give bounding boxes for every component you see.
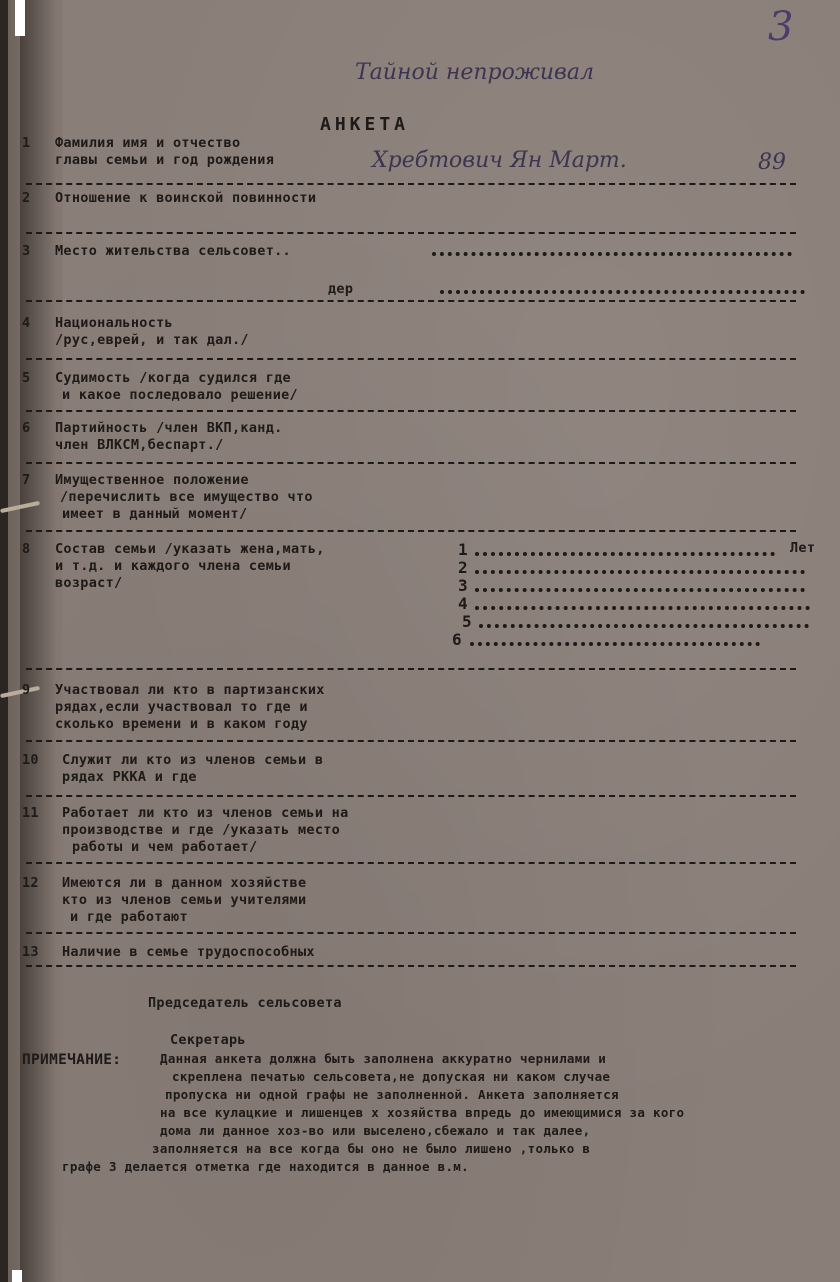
fill-dots — [475, 588, 805, 592]
family-row-1: 1 — [458, 540, 468, 559]
item-8-label-line3: возраст/ — [55, 575, 122, 592]
family-row-2: 2 — [458, 558, 468, 577]
item-9-number: 9 — [22, 682, 30, 699]
fill-dots — [475, 606, 810, 610]
note-line-1: Данная анкета должна быть заполнена акку… — [160, 1050, 606, 1067]
item-7-label-line2: /перечислить все имущество что — [60, 489, 313, 506]
scan-corner — [15, 0, 25, 36]
item-8-label-line1: Состав семьи /указать жена,мать, — [55, 541, 325, 558]
item-3-label: Место жительства сельсовет.. — [55, 243, 291, 260]
page-number: 3 — [768, 4, 793, 50]
item-13-number: 13 — [22, 944, 39, 961]
item-2-number: 2 — [22, 190, 30, 207]
item-9-label-line2: рядах,если участвовал то где и — [55, 699, 308, 716]
divider — [26, 410, 796, 412]
fill-dots — [440, 290, 805, 294]
note-line-5: дома ли данное хоз-во или выселено,сбежа… — [160, 1122, 590, 1139]
item-3-village-label: дер — [328, 281, 353, 298]
item-7-label-line1: Имущественное положение — [55, 472, 249, 489]
note-line-4: на все кулацкие и лишенцев х хозяйства в… — [160, 1104, 684, 1121]
item-12-label-line2: кто из членов семьи учителями — [62, 892, 306, 909]
item-12-label-line1: Имеются ли в данном хозяйстве — [62, 875, 306, 892]
item-4-number: 4 — [22, 315, 30, 332]
item-5-number: 5 — [22, 370, 30, 387]
item-1-label-line2: главы семьи и год рождения — [55, 152, 274, 169]
item-8-number: 8 — [22, 541, 30, 558]
divider — [26, 932, 796, 934]
item-2-label: Отношение к воинской повинности — [55, 190, 316, 207]
item-10-label-line1: Служит ли кто из членов семьи в — [62, 752, 323, 769]
document-title: АНКЕТА — [320, 116, 409, 133]
divider — [26, 965, 796, 967]
fill-dots — [475, 570, 805, 574]
item-12-number: 12 — [22, 875, 39, 892]
item-1-answer: Хребтович Ян Март. — [372, 148, 627, 173]
family-row-6: 6 — [452, 630, 462, 649]
fill-dots — [479, 624, 809, 628]
fill-dots — [475, 552, 775, 556]
item-7-label-line3: имеет в данный момент/ — [62, 506, 247, 523]
divider — [26, 358, 796, 360]
divider — [26, 530, 796, 532]
family-row-5: 5 — [462, 612, 472, 631]
item-13-label: Наличие в семье трудоспособных — [62, 944, 315, 961]
item-11-label-line1: Работает ли кто из членов семьи на — [62, 805, 349, 822]
chairman-signature-label: Председатель сельсовета — [148, 995, 342, 1012]
item-9-label-line1: Участвовал ли кто в партизанских — [55, 682, 325, 699]
item-10-label-line2: рядах РККА и где — [62, 769, 197, 786]
item-9-label-line3: сколько времени и в каком году — [55, 716, 308, 733]
scan-corner-bottom — [12, 1270, 22, 1282]
divider — [26, 183, 796, 185]
divider — [26, 862, 796, 864]
item-6-number: 6 — [22, 420, 30, 437]
item-6-label-line1: Партийность /член ВКП,канд. — [55, 420, 283, 437]
note-line-6: заполняется на все когда бы оно не было … — [152, 1140, 590, 1157]
item-7-number: 7 — [22, 472, 30, 489]
item-4-label-line1: Национальность — [55, 315, 173, 332]
note-label: ПРИМЕЧАНИЕ: — [22, 1052, 121, 1069]
note-line-2: скреплена печатью сельсовета,не допуская… — [172, 1068, 610, 1085]
item-11-label-line3: работы и чем работает/ — [72, 839, 257, 856]
note-line-3: пропуска ни одной графы не заполненной. … — [165, 1086, 619, 1103]
item-11-label-line2: производстве и где /указать место — [62, 822, 340, 839]
item-8-label-line2: и т.д. и каждого члена семьи — [55, 558, 291, 575]
item-6-label-line2: член ВЛКСМ,беспарт./ — [55, 437, 224, 454]
item-3-number: 3 — [22, 243, 30, 260]
family-row-4: 4 — [458, 594, 468, 613]
item-11-number: 11 — [22, 805, 39, 822]
family-row-1-suffix: Лет — [790, 540, 815, 557]
fill-dots — [470, 642, 760, 646]
secretary-signature-label: Секретарь — [170, 1032, 246, 1049]
note-line-7: графе 3 делается отметка где находится в… — [62, 1158, 469, 1175]
item-12-label-line3: и где работают — [70, 909, 188, 926]
archive-note: Тайной непроживал — [355, 60, 594, 85]
divider — [26, 300, 796, 302]
family-row-3: 3 — [458, 576, 468, 595]
item-5-label-line1: Судимость /когда судился где — [55, 370, 291, 387]
divider — [26, 795, 796, 797]
item-1-number: 1 — [22, 135, 30, 152]
divider — [26, 740, 796, 742]
fill-dots — [432, 252, 792, 256]
item-4-label-line2: /рус,еврей, и так дал./ — [55, 332, 249, 349]
item-1-label-line1: Фамилия имя и отчество — [55, 135, 240, 152]
item-5-label-line2: и какое последовало решение/ — [62, 387, 298, 404]
divider — [26, 462, 796, 464]
item-10-number: 10 — [22, 752, 39, 769]
divider — [26, 232, 796, 234]
divider — [26, 668, 796, 670]
item-1-answer-extra: 89 — [758, 150, 786, 175]
